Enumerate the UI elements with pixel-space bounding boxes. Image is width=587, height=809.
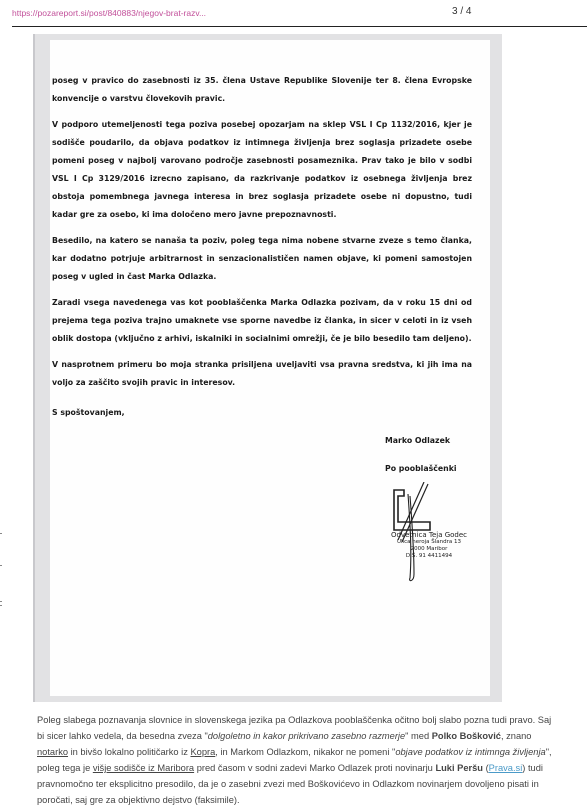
letter-body: poseg v pravico do zasebnosti iz 35. čle… <box>52 72 472 400</box>
letter-paragraph: V nasprotnem primeru bo moja stranka pri… <box>52 356 472 392</box>
link-visje-sodisce[interactable]: višje sodišče iz Maribora <box>93 763 194 773</box>
person-name: Luki Peršu <box>435 763 483 773</box>
quote: dolgoletno in kakor prikrivano zasebno r… <box>208 731 405 741</box>
link-prava-si[interactable]: Prava.si <box>489 763 523 773</box>
signer-role: Po pooblaščenki <box>385 464 457 473</box>
link-kopra[interactable]: Kopra <box>190 747 215 757</box>
letter-paragraph: poseg v pravico do zasebnosti iz 35. čle… <box>52 72 472 108</box>
scan-margin-marks <box>0 525 4 615</box>
letter-paragraph: V podporo utemeljenosti tega poziva pose… <box>52 116 472 224</box>
signer-name: Marko Odlazek <box>385 436 450 445</box>
print-header: https://pozareport.si/post/840883/njegov… <box>0 0 587 28</box>
person-name: Polko Bošković <box>432 731 501 741</box>
lawyer-stamp-text: Odvetnica Teja Godec Ulica heroja Šlandr… <box>384 532 474 560</box>
page-url: https://pozareport.si/post/840883/njegov… <box>12 8 206 18</box>
letter-paragraph: Zaradi vsega navedenega vas kot pooblašč… <box>52 294 472 348</box>
letter-paragraph: Besedilo, na katero se nanaša ta poziv, … <box>52 232 472 286</box>
header-divider <box>12 26 587 27</box>
letter-closing: S spoštovanjem, <box>52 408 125 417</box>
article-paragraph: Poleg slabega poznavanja slovnice in slo… <box>37 712 557 808</box>
link-notarko[interactable]: notarko <box>37 747 68 757</box>
page-count: 3 / 4 <box>452 6 471 17</box>
quote: objave podatkov iz intimnga življenja <box>395 747 545 757</box>
